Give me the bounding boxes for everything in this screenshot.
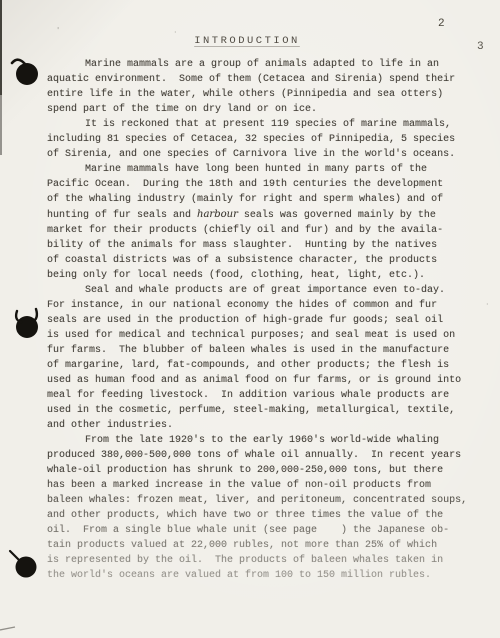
scanned-document-page: { "page": { "corner_page_number": "2", "… [0,0,500,638]
paper-speck: · [486,300,489,309]
ink-blot-middle-icon [16,309,38,338]
left-edge-scan-line [0,0,2,155]
ink-blot-top-icon [12,60,38,85]
scan-artifacts [0,0,500,638]
bottom-left-scan-mark [0,627,15,630]
ink-blot-bottom-icon [10,551,37,578]
paper-speck: · [174,28,177,37]
paper-speck: ' [57,26,59,35]
